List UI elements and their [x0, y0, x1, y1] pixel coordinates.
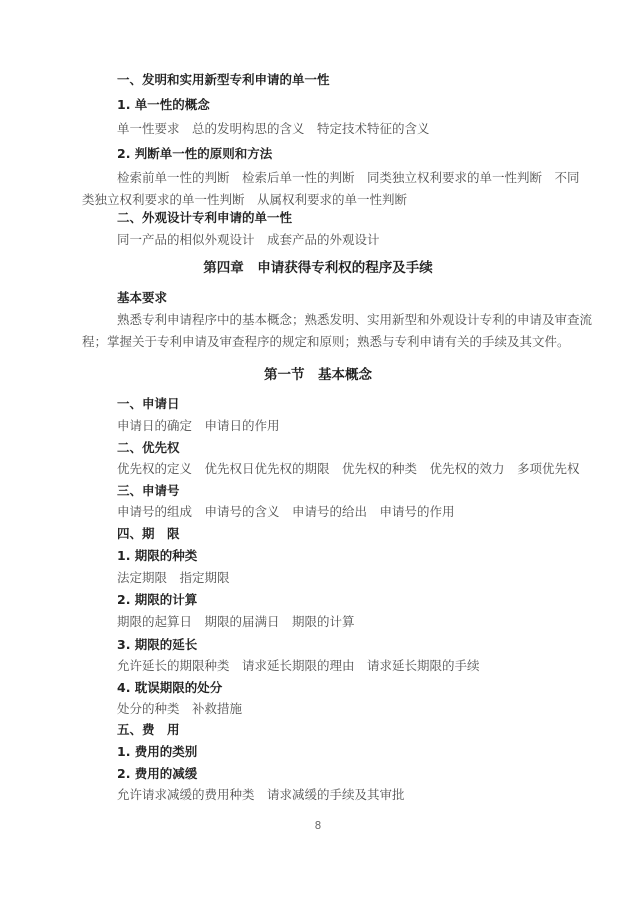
body-limit-extension: 允许延长的期限种类 请求延长期限的理由 请求延长期限的手续	[117, 658, 480, 674]
body-priority: 优先权的定义 优先权日优先权的期限 优先权的种类 优先权的效力 多项优先权	[117, 461, 580, 477]
subheading-limit-extension: 3. 期限的延长	[117, 637, 197, 653]
body-unity-concept: 单一性要求 总的发明构思的含义 特定技术特征的含义	[117, 121, 430, 137]
heading-filing-date: 一、申请日	[117, 396, 180, 412]
subheading-unity-judgement: 2. 判断单一性的原则和方法	[117, 146, 272, 162]
chapter-heading: 第四章 申请获得专利权的程序及手续	[0, 260, 636, 276]
body-limit-calculation: 期限的起算日 期限的届满日 期限的计算	[117, 614, 355, 630]
subheading-fee-categories: 1. 费用的类别	[117, 744, 197, 760]
subheading-unity-concept: 1. 单一性的概念	[117, 97, 210, 113]
body-unity-design: 同一产品的相似外观设计 成套产品的外观设计	[117, 232, 380, 248]
body-unity-judgement-line2: 类独立权利要求的单一性判断 从属权利要求的单一性判断	[82, 192, 407, 208]
body-fee-reduction: 允许请求减缓的费用种类 请求减缓的手续及其审批	[117, 787, 405, 803]
page-number: 8	[0, 820, 636, 832]
body-missed-limits: 处分的种类 补救措施	[117, 701, 242, 717]
subheading-limit-types: 1. 期限的种类	[117, 548, 197, 564]
body-filing-date: 申请日的确定 申请日的作用	[117, 418, 280, 434]
body-basic-requirements-line2: 程；掌握关于专利申请及审查程序的规定和原则；熟悉与专利申请有关的手续及其文件。	[82, 334, 570, 350]
body-limit-types: 法定期限 指定期限	[117, 570, 230, 586]
heading-priority: 二、优先权	[117, 440, 180, 456]
subheading-limit-calculation: 2. 期限的计算	[117, 592, 197, 608]
section-heading: 第一节 基本概念	[0, 367, 636, 383]
heading-unity-invention: 一、发明和实用新型专利申请的单一性	[117, 72, 330, 88]
heading-basic-requirements: 基本要求	[117, 290, 167, 306]
heading-fees: 五、费 用	[117, 722, 180, 738]
subheading-missed-limits: 4. 耽误期限的处分	[117, 680, 222, 696]
document-page: 一、发明和实用新型专利申请的单一性 1. 单一性的概念 单一性要求 总的发明构思…	[0, 0, 636, 900]
body-application-number: 申请号的组成 申请号的含义 申请号的给出 申请号的作用	[117, 504, 455, 520]
body-unity-judgement-line1: 检索前单一性的判断 检索后单一性的判断 同类独立权利要求的单一性判断 不同	[117, 170, 580, 186]
subheading-fee-reduction: 2. 费用的减缓	[117, 766, 197, 782]
heading-unity-design: 二、外观设计专利申请的单一性	[117, 210, 292, 226]
heading-time-limits: 四、期 限	[117, 526, 180, 542]
body-basic-requirements-line1: 熟悉专利申请程序中的基本概念；熟悉发明、实用新型和外观设计专利的申请及审查流	[117, 312, 592, 328]
heading-application-number: 三、申请号	[117, 483, 180, 499]
